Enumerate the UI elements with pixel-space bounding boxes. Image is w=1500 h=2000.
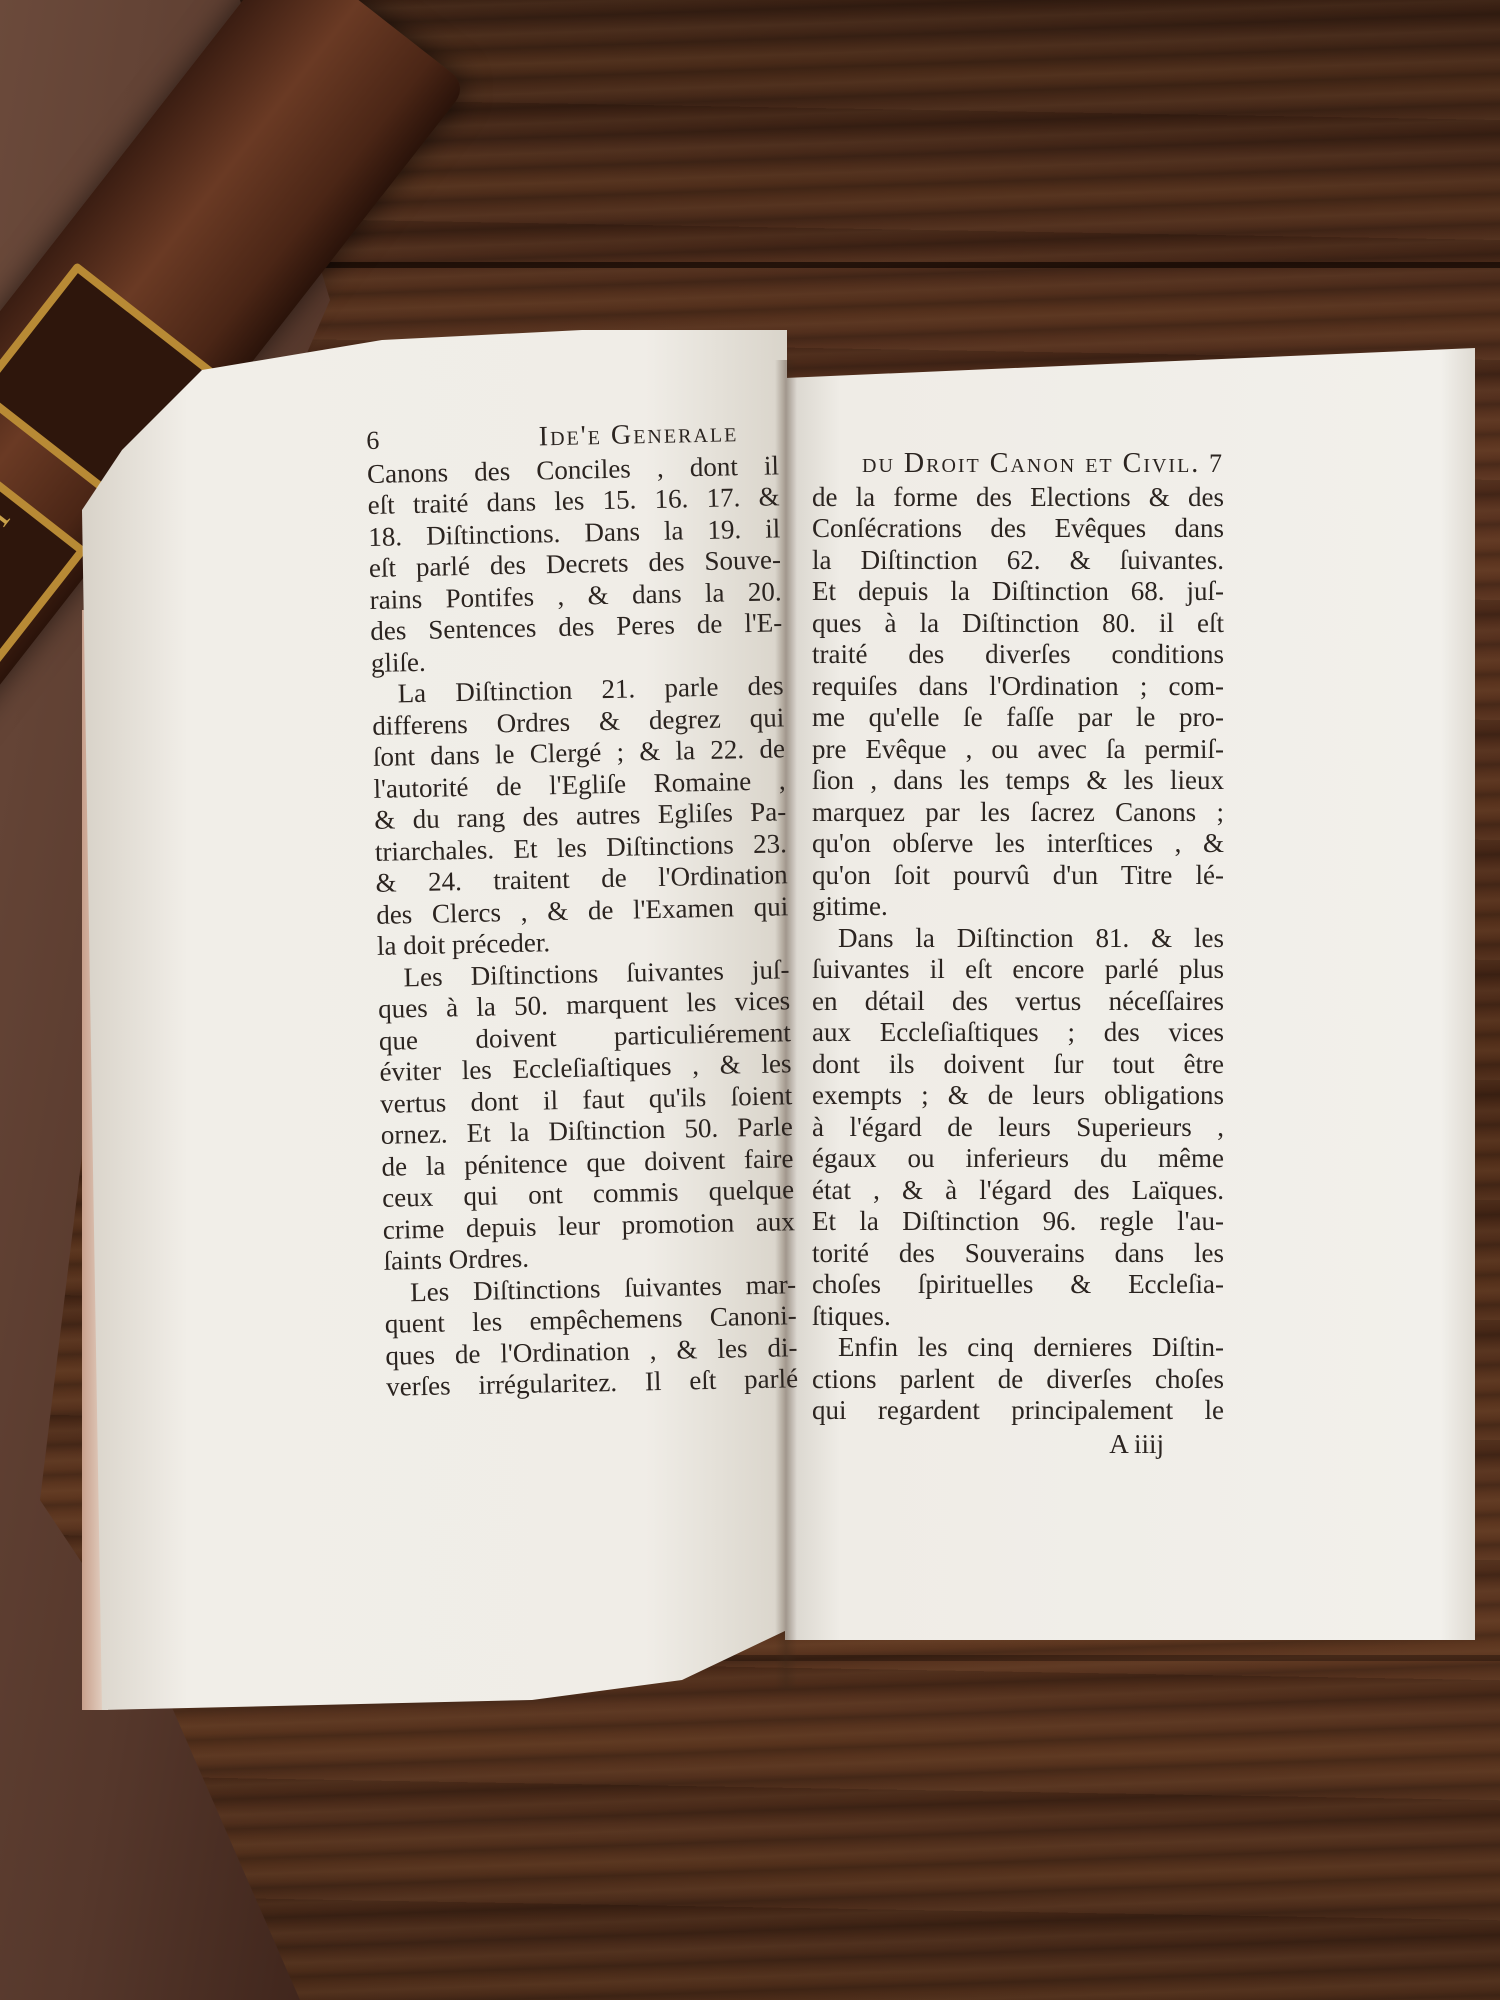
text-line: Enfin les cinq dernieres Diſtin- xyxy=(812,1332,1224,1364)
text-line: ſion , dans les temps & les lieux xyxy=(812,765,1224,797)
text-line: torité des Souverains dans les xyxy=(812,1238,1224,1270)
running-head-title: du Droit Canon et Civil. xyxy=(812,448,1200,480)
text-line: gitime. xyxy=(812,891,1224,923)
text-line: en détail des vertus néceſſaires xyxy=(812,986,1224,1018)
text-line: qui regardent principalement le xyxy=(812,1395,1224,1427)
text-line: traité des diverſes conditions xyxy=(812,639,1224,671)
text-line: ques à la Diſtinction 80. il eſt xyxy=(812,608,1224,640)
text-line: ctions parlent de diverſes choſes xyxy=(812,1364,1224,1396)
text-line: qu'on obſerve les interſtices , & xyxy=(812,828,1224,860)
running-head-title: Ide'e Generale xyxy=(538,416,778,453)
text-line: Et depuis la Diſtinction 68. juſ- xyxy=(812,576,1224,608)
spine-volume-label: TO. II xyxy=(0,490,23,626)
text-line: Et la Diſtinction 96. regle l'au- xyxy=(812,1206,1224,1238)
text-line: dont ils doivent ſur tout être xyxy=(812,1049,1224,1081)
right-page-text: du Droit Canon et Civil. 7 de la forme d… xyxy=(812,448,1224,1460)
text-line: à l'égard de leurs Superieurs , xyxy=(812,1112,1224,1144)
text-line: de la forme des Elections & des xyxy=(812,482,1224,514)
text-line: pre Evêque , ou avec ſa permiſ- xyxy=(812,734,1224,766)
text-line: la Diſtinction 62. & ſuivantes. xyxy=(812,545,1224,577)
text-line: qu'on ſoit pourvû d'un Titre lé- xyxy=(812,860,1224,892)
text-line: Dans la Diſtinction 81. & les xyxy=(812,923,1224,955)
text-line: exempts ; & de leurs obligations xyxy=(812,1080,1224,1112)
page-number: 6 xyxy=(366,425,382,457)
text-line: me qu'elle ſe faſſe par le pro- xyxy=(812,702,1224,734)
text-line: requiſes dans l'Ordination ; com- xyxy=(812,671,1224,703)
text-line: égaux ou inferieurs du même xyxy=(812,1143,1224,1175)
text-line: aux Eccleſiaſtiques ; des vices xyxy=(812,1017,1224,1049)
signature-mark: A iiij xyxy=(812,1429,1224,1461)
text-line: marquez par les ſacrez Canons ; xyxy=(812,797,1224,829)
text-line: choſes ſpirituelles & Eccleſia- xyxy=(812,1269,1224,1301)
text-line: ſuivantes il eſt encore parlé plus xyxy=(812,954,1224,986)
text-line: ſtiques. xyxy=(812,1301,1224,1333)
page-number: 7 xyxy=(1209,448,1224,480)
text-line: Conſécrations des Evêques dans xyxy=(812,513,1224,545)
text-line: état , & à l'égard des Laïques. xyxy=(812,1175,1224,1207)
left-page-text: 6 Ide'e Generale Canons des Conciles , d… xyxy=(366,416,798,1403)
running-head-right: du Droit Canon et Civil. 7 xyxy=(812,448,1224,480)
